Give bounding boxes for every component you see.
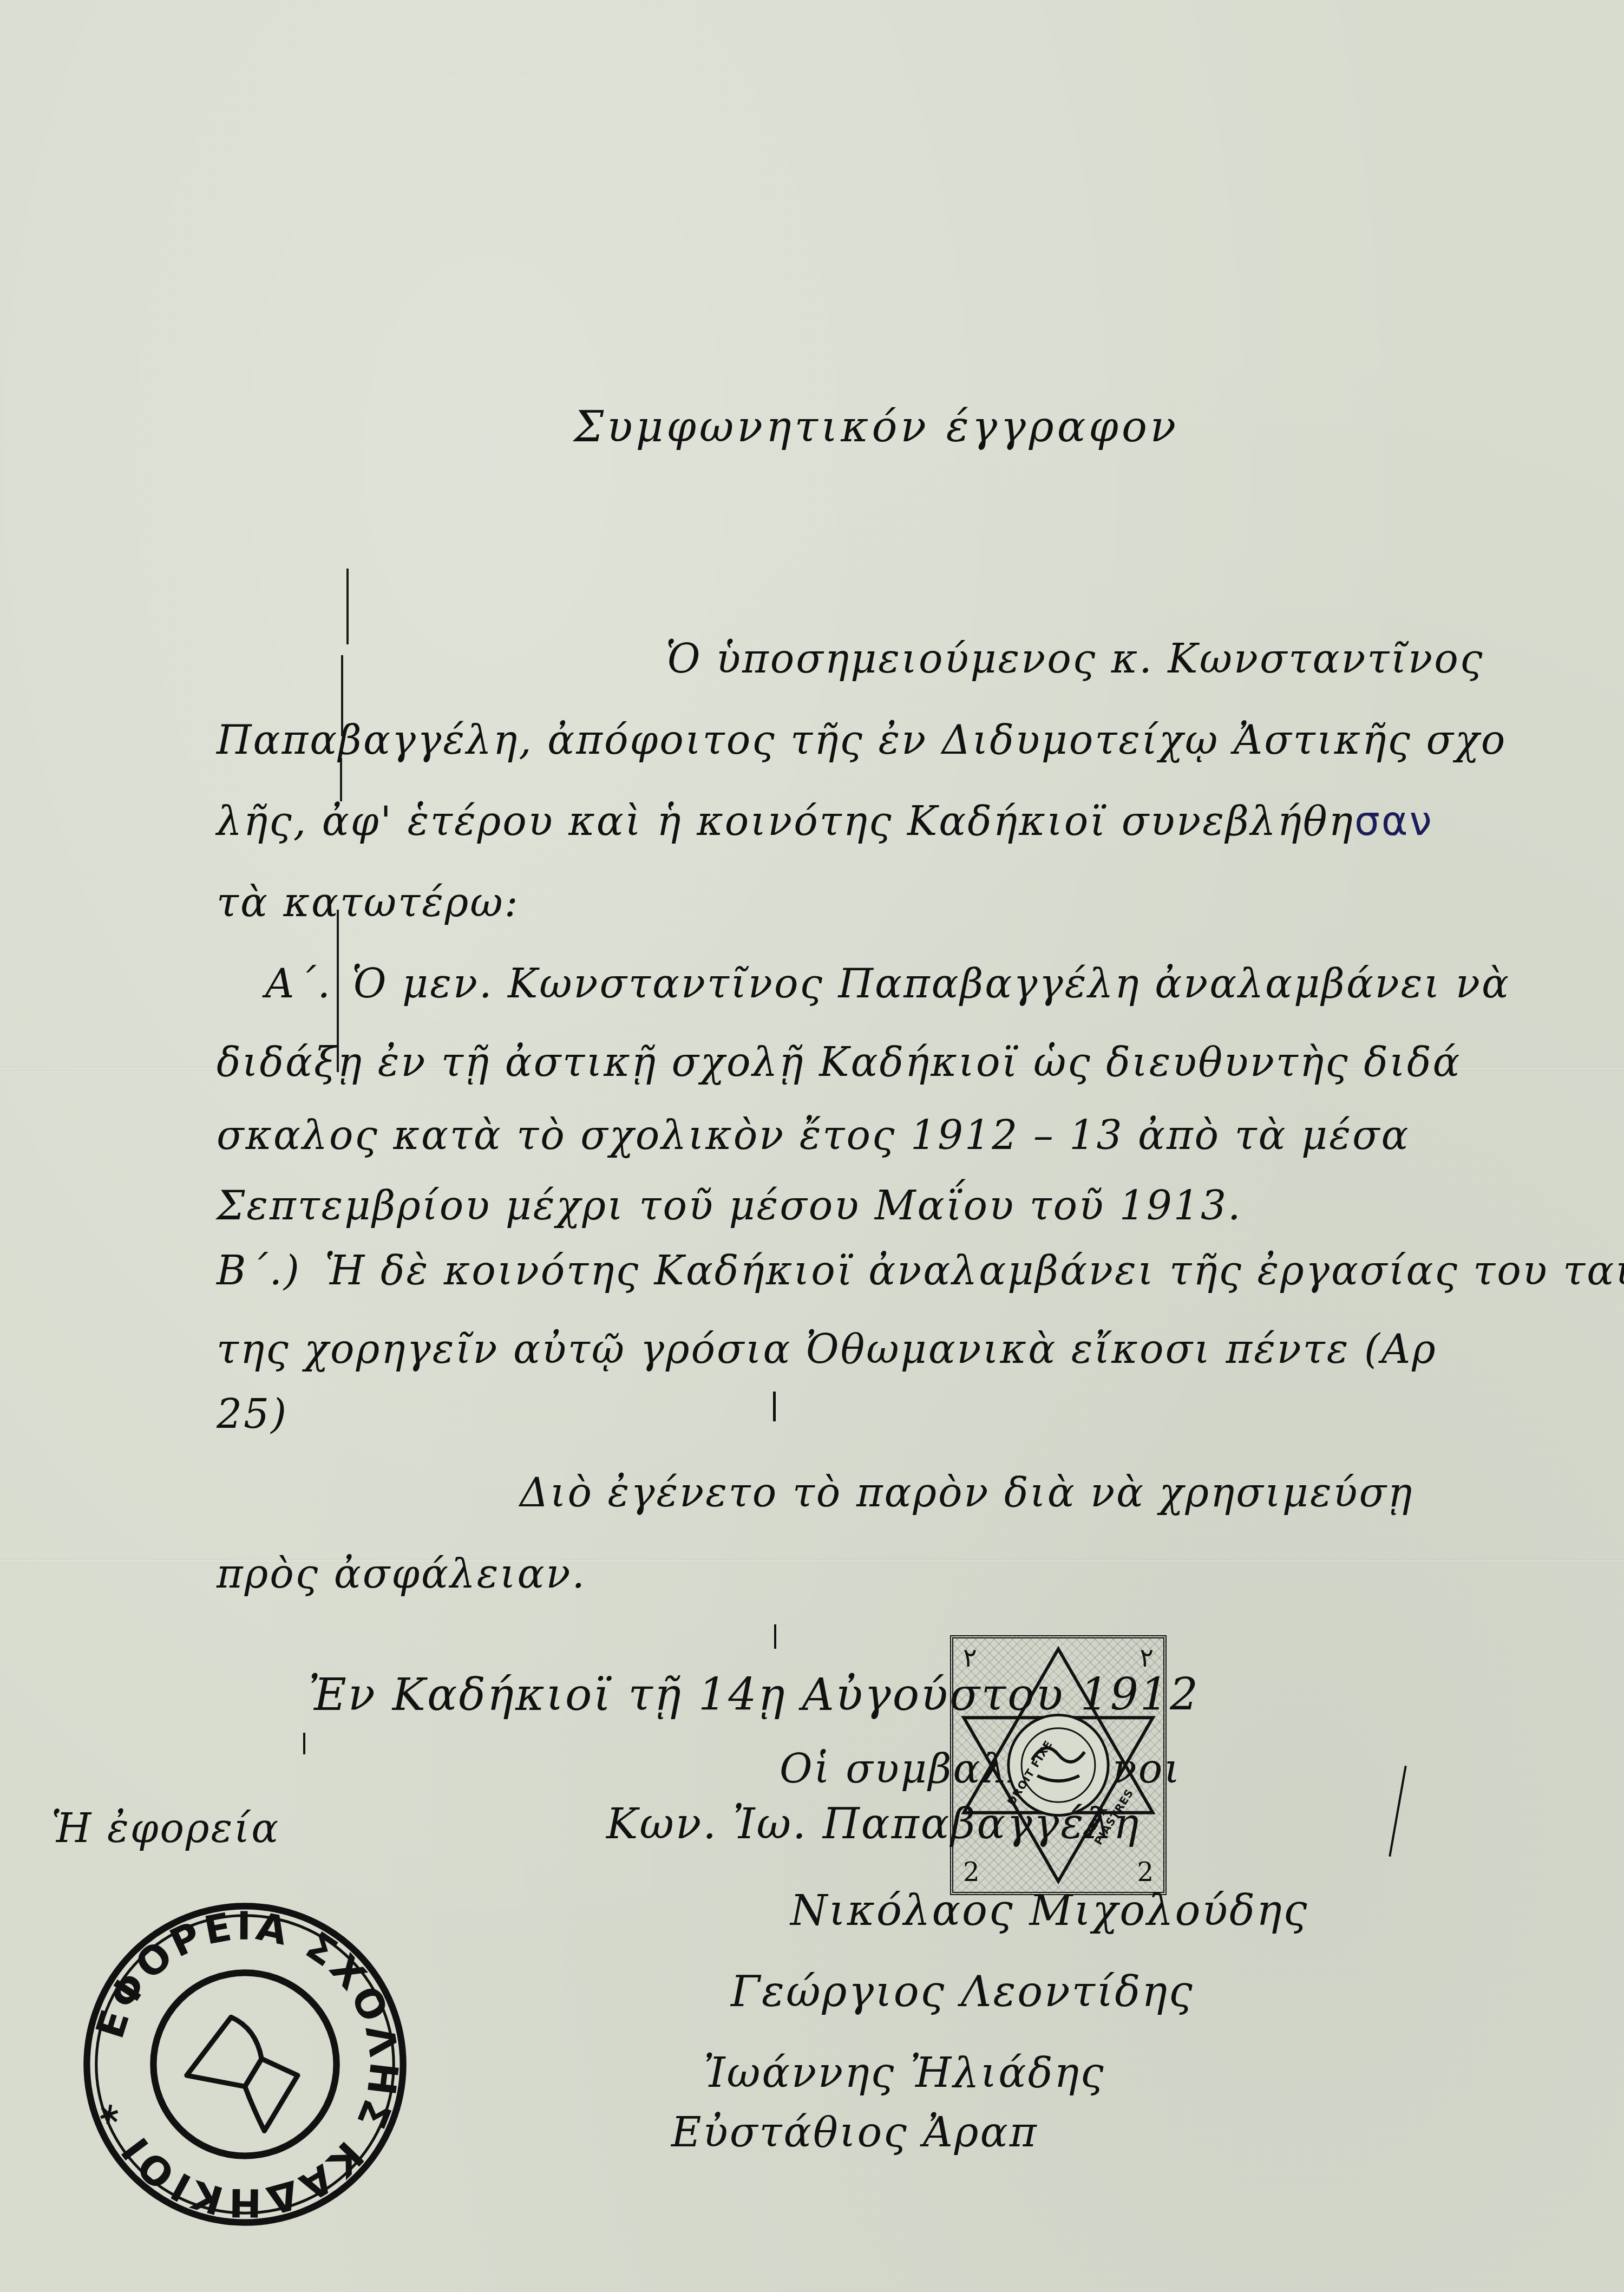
blue-ink-insertion: σαν [1354, 798, 1433, 845]
pen-mark [773, 1392, 776, 1421]
intro-line-4: τὰ κατωτέρω: [217, 883, 520, 923]
school-board-seal: ΕΦΟΡΕΙΑ ΣΧΟΛΗΣ ΚΑΔΗΚΙΟΪ * [78, 1898, 411, 2231]
intro-line-1: Ὁ ὑποσημειούμενος κ. Κωνσταντῖνος [666, 639, 1484, 679]
seal-icon: ΕΦΟΡΕΙΑ ΣΧΟΛΗΣ ΚΑΔΗΚΙΟΪ * [78, 1898, 411, 2231]
signature-5: Εὐστάθιος Ἀραπ [671, 2112, 1038, 2153]
board-label: Ἡ ἐφορεία [51, 1808, 280, 1849]
clause-b-line-2: της χορηγεῖν αὐτῷ γρόσια Ὀθωμανικὰ εἴκοσ… [217, 1329, 1437, 1369]
stamp-corner-value: 2 [1137, 1857, 1154, 1888]
signature-2: Νικόλαος Μιχολούδης [790, 1890, 1308, 1932]
clause-a-line-2: διδάξῃ ἐν τῇ ἀστικῇ σχολῇ Καδήκιοϊ ὡς δι… [217, 1042, 1461, 1082]
closing-line-1: Διὸ ἐγένετο τὸ παρὸν διὰ νὰ χρησιμεύσῃ [520, 1473, 1413, 1513]
clause-a-line-1: Ὁ μεν. Κωνσταντῖνος Παπαβαγγέλη ἀναλαμβά… [352, 964, 1510, 1004]
clause-b-line-3: 25) [217, 1394, 288, 1434]
intro-line-3: λῆς, ἀφ' ἑτέρου καὶ ἡ κοινότης Καδήκιοϊ … [217, 801, 1433, 841]
signature-1: Κων. Ἰω. Παπαβαγγέλη [606, 1803, 1140, 1845]
svg-text:ΕΦΟΡΕΙΑ ΣΧΟΛΗΣ ΚΑΔΗΚΙΟΪ *: ΕΦΟΡΕΙΑ ΣΧΟΛΗΣ ΚΑΔΗΚΙΟΪ * [87, 1903, 407, 2226]
document-title: Συμφωνητικόν έγγραφον [574, 406, 1179, 448]
stamp-corner-value: ٢ [1140, 1643, 1154, 1673]
revenue-stamp: ٢ ٢ 2 2 DROIT FIXE DEUX PIASTRES [950, 1635, 1167, 1895]
intro-line-2: Παπαβαγγέλη, ἀπόφοιτος τῆς ἐν Διδυμοτείχ… [217, 720, 1507, 760]
clause-a-marker: Α΄. [265, 964, 332, 1004]
closing-line-2: πρὸς ἀσφάλειαν. [217, 1554, 586, 1594]
margin-line [346, 569, 349, 644]
margin-line [340, 758, 342, 801]
clause-b-line-1: Ἡ δὲ κοινότης Καδήκιοϊ ἀναλαμβάνει τῆς ἐ… [325, 1251, 1624, 1291]
clause-b-line-2-text: της χορηγεῖν αὐτῷ γρόσια Ὀθωμανικὰ εἴκοσ… [217, 1326, 1437, 1373]
stamp-pattern-icon [953, 1638, 1163, 1892]
intro-line-3-text: λῆς, ἀφ' ἑτέρου καὶ ἡ κοινότης Καδήκιοϊ … [217, 798, 1354, 845]
pen-mark [774, 1624, 776, 1649]
stamp-corner-value: ٢ [963, 1643, 977, 1673]
pen-mark [303, 1733, 305, 1754]
signature-4: Ἰωάννης Ἠλιάδης [704, 2052, 1105, 2093]
open-book-icon [187, 2017, 298, 2131]
clause-a-line-3: σκαλος κατὰ τὸ σχολικὸν ἔτος 1912 – 13 ἀ… [217, 1115, 1410, 1155]
signature-3: Γεώργιος Λεοντίδης [731, 1971, 1194, 2013]
clause-b-marker: Β΄.) [217, 1251, 301, 1291]
stamp-corner-value: 2 [963, 1857, 980, 1888]
clause-a-line-4: Σεπτεμβρίου μέχρι τοῦ μέσου Μαΐου τοῦ 19… [217, 1186, 1242, 1226]
